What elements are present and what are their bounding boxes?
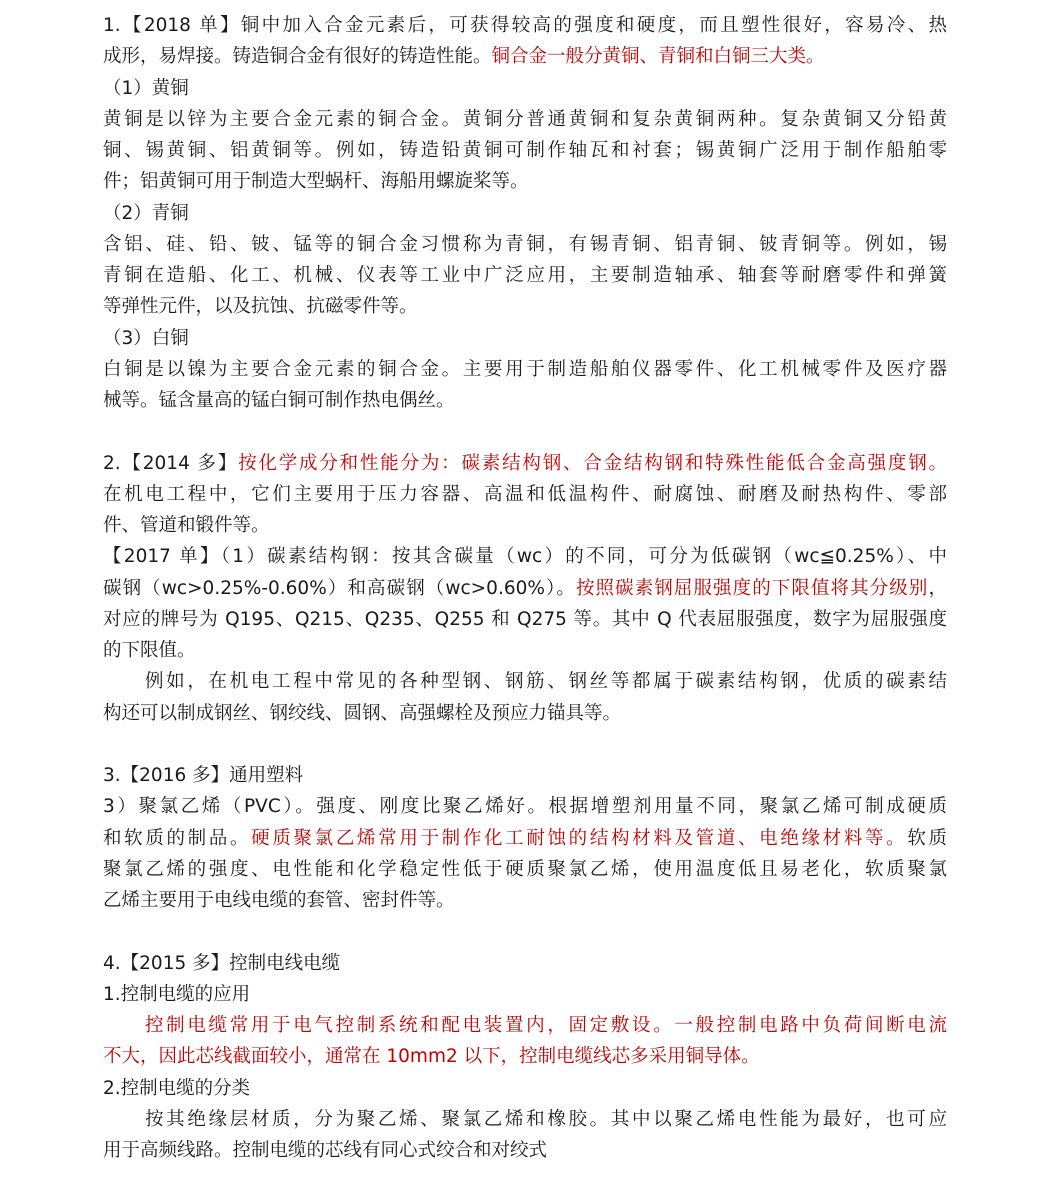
text-line: 等弹性元件，以及抗蚀、抗磁零件等。 [103,291,947,322]
text-segment: 械等。锰含量高的锰白铜可制作热电偶丝。 [103,390,455,411]
text-segment: 构还可以制成钢丝、钢绞线、圆钢、高强螺栓及预应力锚具等。 [103,703,621,724]
highlighted-text: 不大，因此芯线截面较小，通常在 10mm2 以下，控制电缆线芯多采用铜导体。 [103,1046,760,1067]
text-line: 控制电缆常用于电气控制系统和配电装置内，固定敷设。一般控制电路中负荷间断电流 [103,1010,947,1041]
text-line: 3）聚氯乙烯（PVC）。强度、刚度比聚乙烯好。根据增塑剂用量不同，聚氯乙烯可制成… [103,791,947,822]
text-segment: 和软质的制品。 [103,828,251,849]
text-line: 和软质的制品。硬质聚氯乙烯常用于制作化工耐蚀的结构材料及管道、电绝缘材料等。软质 [103,823,947,854]
subheading-application: 1.控制电缆的应用 [103,979,947,1010]
subheading-classification: 2.控制电缆的分类 [103,1073,947,1104]
highlighted-text: 按照碳素钢屈服强度的下限值将其分级别 [576,578,929,599]
blank-line [103,916,947,947]
text-segment: 2.【2014 多】 [103,453,238,474]
text-line: 用于高频线路。控制电缆的芯线有同心式绞合和对绞式 [103,1135,947,1166]
section-control-cables: 4.【2015 多】控制电线电缆 1.控制电缆的应用 控制电缆常用于电气控制系统… [103,948,947,1167]
text-segment: 【2017 单】（1）碳素结构钢：按其含碳量（wc）的不同，可分为低碳钢（wc≦… [103,546,947,567]
highlighted-text: 硬质聚氯乙烯常用于制作化工耐蚀的结构材料及管道、电绝缘材料等。 [251,828,907,849]
text-line: 铜、锡黄铜、铝黄铜等。例如，铸造铅黄铜可制作轴瓦和衬套；锡黄铜广泛用于制作船舶零 [103,135,947,166]
text-line: 乙烯主要用于电线电缆的套管、密封件等。 [103,885,947,916]
text-segment: 在机电工程中，它们主要用于压力容器、高温和低温构件、耐腐蚀、耐磨及耐热构件、零部 [103,484,947,505]
text-line: 成形，易焊接。铸造铜合金有很好的铸造性能。铜合金一般分黄铜、青铜和白铜三大类。 [103,41,947,72]
highlighted-text: 控制电缆常用于电气控制系统和配电装置内，固定敷设。一般控制电路中负荷间断电流 [145,1015,947,1036]
text-segment: 白铜是以镍为主要合金元素的铜合金。主要用于制造船舶仪器零件、化工机械零件及医疗器 [103,359,947,380]
text-segment: 3.【2016 多】通用塑料 [103,765,303,786]
text-segment: 铜、锡黄铜、铝黄铜等。例如，铸造铅黄铜可制作轴瓦和衬套；锡黄铜广泛用于制作船舶零 [103,140,947,161]
text-line: 构还可以制成钢丝、钢绞线、圆钢、高强螺栓及预应力锚具等。 [103,698,947,729]
text-line: 聚氯乙烯的强度、电性能和化学稳定性低于硬质聚氯乙烯，使用温度低且易老化，软质聚氯 [103,854,947,885]
text-line: 含铝、硅、铅、铍、锰等的铜合金习惯称为青铜，有锡青铜、铝青铜、铍青铜等。例如，锡 [103,229,947,260]
section-plastics: 3.【2016 多】通用塑料 3）聚氯乙烯（PVC）。强度、刚度比聚乙烯好。根据… [103,760,947,916]
document-page: 1.【2018 单】铜中加入合金元素后，可获得较高的强度和硬度，而且塑性很好，容… [103,10,947,1166]
text-segment: 乙烯主要用于电线电缆的套管、密封件等。 [103,890,455,911]
subheading-brass: （1）黄铜 [103,73,947,104]
blank-line [103,729,947,760]
text-line: 按其绝缘层材质，分为聚乙烯、聚氯乙烯和橡胶。其中以聚乙烯电性能为最好，也可应 [103,1104,947,1135]
text-line: 白铜是以镍为主要合金元素的铜合金。主要用于制造船舶仪器零件、化工机械零件及医疗器 [103,354,947,385]
section-heading: 4.【2015 多】控制电线电缆 [103,948,947,979]
text-segment: 1.控制电缆的应用 [103,984,250,1005]
highlighted-text: 按化学成分和性能分为：碳素结构钢、合金结构钢和特殊性能低合金高强度钢。 [238,453,947,474]
text-segment: （2）青铜 [103,203,189,224]
text-segment: 3）聚氯乙烯（PVC）。强度、刚度比聚乙烯好。根据增塑剂用量不同，聚氯乙烯可制成… [103,796,947,817]
text-line: 黄铜是以锌为主要合金元素的铜合金。黄铜分普通黄铜和复杂黄铜两种。复杂黄铜又分铅黄 [103,104,947,135]
text-segment: 按其绝缘层材质，分为聚乙烯、聚氯乙烯和橡胶。其中以聚乙烯电性能为最好，也可应 [145,1109,947,1130]
subheading-cupronickel: （3）白铜 [103,323,947,354]
text-segment: 2.控制电缆的分类 [103,1078,250,1099]
text-line: 对应的牌号为 Q195、Q215、Q235、Q255 和 Q275 等。其中 Q… [103,604,947,635]
section-steel: 2.【2014 多】按化学成分和性能分为：碳素结构钢、合金结构钢和特殊性能低合金… [103,448,947,729]
text-line: 青铜在造船、化工、机械、仪表等工业中广泛应用，主要制造轴承、轴套等耐磨零件和弹簧 [103,260,947,291]
text-segment: 碳钢（wc>0.25%-0.60%）和高碳钢（wc>0.60%）。 [103,578,576,599]
text-segment: 青铜在造船、化工、机械、仪表等工业中广泛应用，主要制造轴承、轴套等耐磨零件和弹簧 [103,265,947,286]
text-line: 的下限值。 [103,635,947,666]
text-segment: 对应的牌号为 Q195、Q215、Q235、Q255 和 Q275 等。其中 Q… [103,609,947,630]
text-segment: 的下限值。 [103,640,196,661]
text-segment: 成形，易焊接。铸造铜合金有很好的铸造性能。 [103,46,492,67]
text-segment: 等弹性元件，以及抗蚀、抗磁零件等。 [103,296,418,317]
text-segment: 聚氯乙烯的强度、电性能和化学稳定性低于硬质聚氯乙烯，使用温度低且易老化，软质聚氯 [103,859,947,880]
text-segment: （3）白铜 [103,328,189,349]
section-copper-alloys: 1.【2018 单】铜中加入合金元素后，可获得较高的强度和硬度，而且塑性很好，容… [103,10,947,416]
text-line: 【2017 单】（1）碳素结构钢：按其含碳量（wc）的不同，可分为低碳钢（wc≦… [103,541,947,572]
text-line: 不大，因此芯线截面较小，通常在 10mm2 以下，控制电缆线芯多采用铜导体。 [103,1041,947,1072]
blank-line [103,416,947,447]
text-segment: ， [928,578,947,599]
text-segment: 含铝、硅、铅、铍、锰等的铜合金习惯称为青铜，有锡青铜、铝青铜、铍青铜等。例如，锡 [103,234,947,255]
text-line: 在机电工程中，它们主要用于压力容器、高温和低温构件、耐腐蚀、耐磨及耐热构件、零部 [103,479,947,510]
text-segment: 件、管道和锻件等。 [103,515,270,536]
text-line: 例如，在机电工程中常见的各种型钢、钢筋、钢丝等都属于碳素结构钢，优质的碳素结 [103,666,947,697]
text-segment: 例如，在机电工程中常见的各种型钢、钢筋、钢丝等都属于碳素结构钢，优质的碳素结 [145,671,947,692]
section-heading: 3.【2016 多】通用塑料 [103,760,947,791]
text-line: 件、管道和锻件等。 [103,510,947,541]
text-line: 1.【2018 单】铜中加入合金元素后，可获得较高的强度和硬度，而且塑性很好，容… [103,10,947,41]
text-segment: 黄铜是以锌为主要合金元素的铜合金。黄铜分普通黄铜和复杂黄铜两种。复杂黄铜又分铅黄 [103,109,947,130]
text-segment: 软质 [907,828,947,849]
subheading-bronze: （2）青铜 [103,198,947,229]
text-line: 械等。锰含量高的锰白铜可制作热电偶丝。 [103,385,947,416]
text-segment: 1.【2018 单】铜中加入合金元素后，可获得较高的强度和硬度，而且塑性很好，容… [103,15,947,36]
text-line: 碳钢（wc>0.25%-0.60%）和高碳钢（wc>0.60%）。按照碳素钢屈服… [103,573,947,604]
text-line: 2.【2014 多】按化学成分和性能分为：碳素结构钢、合金结构钢和特殊性能低合金… [103,448,947,479]
text-segment: 4.【2015 多】控制电线电缆 [103,953,340,974]
highlighted-text: 铜合金一般分黄铜、青铜和白铜三大类。 [492,46,825,67]
text-segment: （1）黄铜 [103,78,189,99]
text-segment: 件；铝黄铜可用于制造大型蜗杆、海船用螺旋桨等。 [103,171,529,192]
text-segment: 用于高频线路。控制电缆的芯线有同心式绞合和对绞式 [103,1140,547,1161]
text-line: 件；铝黄铜可用于制造大型蜗杆、海船用螺旋桨等。 [103,166,947,197]
